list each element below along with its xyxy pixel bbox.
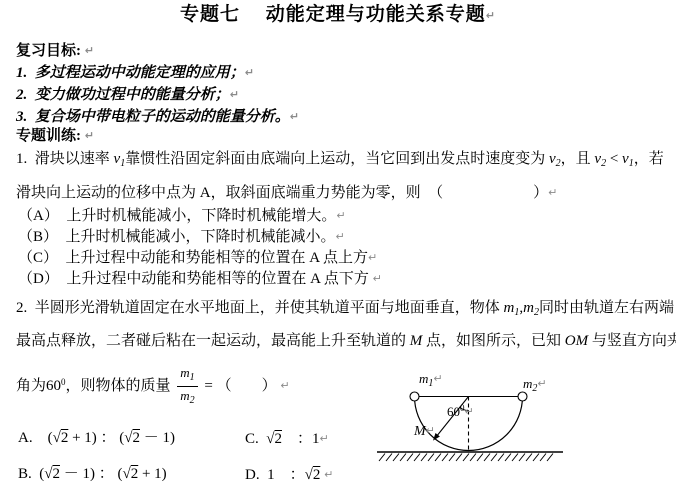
question-1-line-2: 滑块向上运动的位移中点为 A，取斜面底端重力势能为零，则 （ ）↵ [16, 183, 557, 203]
question-1-option-b: （B） 上升时机械能减小，下降时机械能减小。↵ [18, 227, 345, 247]
question-2-answer-b: B. (√2 － 1) ： (√2 + 1) [18, 465, 167, 484]
question-2-answer-d: D. 1 ：√2 ↵ [245, 465, 333, 485]
question-2-line-3: 角为600，则物体的质量 m1m2 = （ ） ↵ [16, 359, 290, 409]
objective-item-3: 3. 复合场中带电粒子的运动的能量分析。↵ [16, 107, 299, 127]
question-1-option-a: （A） 上升时机械能减小，下降时机械能增大。↵ [18, 206, 346, 226]
question-2-answer-c: C. √2 ：1↵ [245, 429, 329, 449]
question-2-answer-a: A. (√2 + 1) ： (√2 － 1) [18, 429, 175, 448]
objective-item-1: 1. 多过程运动中动能定理的应用；↵ [16, 63, 254, 83]
question-2-line-2: 最高点释放，二者碰后粘在一起运动，最高能上升至轨道的 M 点，如图所示，已知 O… [16, 332, 676, 351]
question-2-line-1: 2. 半圆形光滑轨道固定在水平地面上，并使其轨道平面与地面垂直，物体 m1,m2… [16, 299, 674, 322]
objective-item-2: 2. 变力做功过程中的能量分析；↵ [16, 85, 239, 105]
topic-training-heading: 专题训练: ↵ [16, 126, 94, 146]
figure-label-m2: m2↵ [523, 377, 547, 396]
question-1-line-1: 1. 滑块以速率 v1靠惯性沿固定斜面由底端向上运动，当它回到出发点时速度变为 … [16, 150, 664, 173]
question-1-option-c: （C） 上升过程中动能和势能相等的位置在 A 点上方↵ [18, 248, 377, 268]
page-title: 专题七 动能定理与功能关系专题↵ [0, 5, 676, 25]
document-page: { "page": { "bg": "#ffffff", "text_color… [0, 0, 676, 497]
ground-hatching [379, 454, 553, 462]
ball-m1 [410, 392, 419, 401]
figure-label-angle-60: 600↵ [447, 401, 474, 419]
question-1-option-d: （D） 上升过程中动能和势能相等的位置在 A 点下方 ↵ [18, 269, 382, 289]
fraction: m1m2 [177, 365, 197, 408]
figure-semicircular-track: m1↵ m2↵ M↵ 600↵ [373, 372, 573, 472]
figure-label-m1: m1↵ [419, 372, 443, 391]
figure-label-M: M↵ [414, 424, 435, 439]
review-objectives-heading: 复习目标: ↵ [16, 41, 94, 61]
